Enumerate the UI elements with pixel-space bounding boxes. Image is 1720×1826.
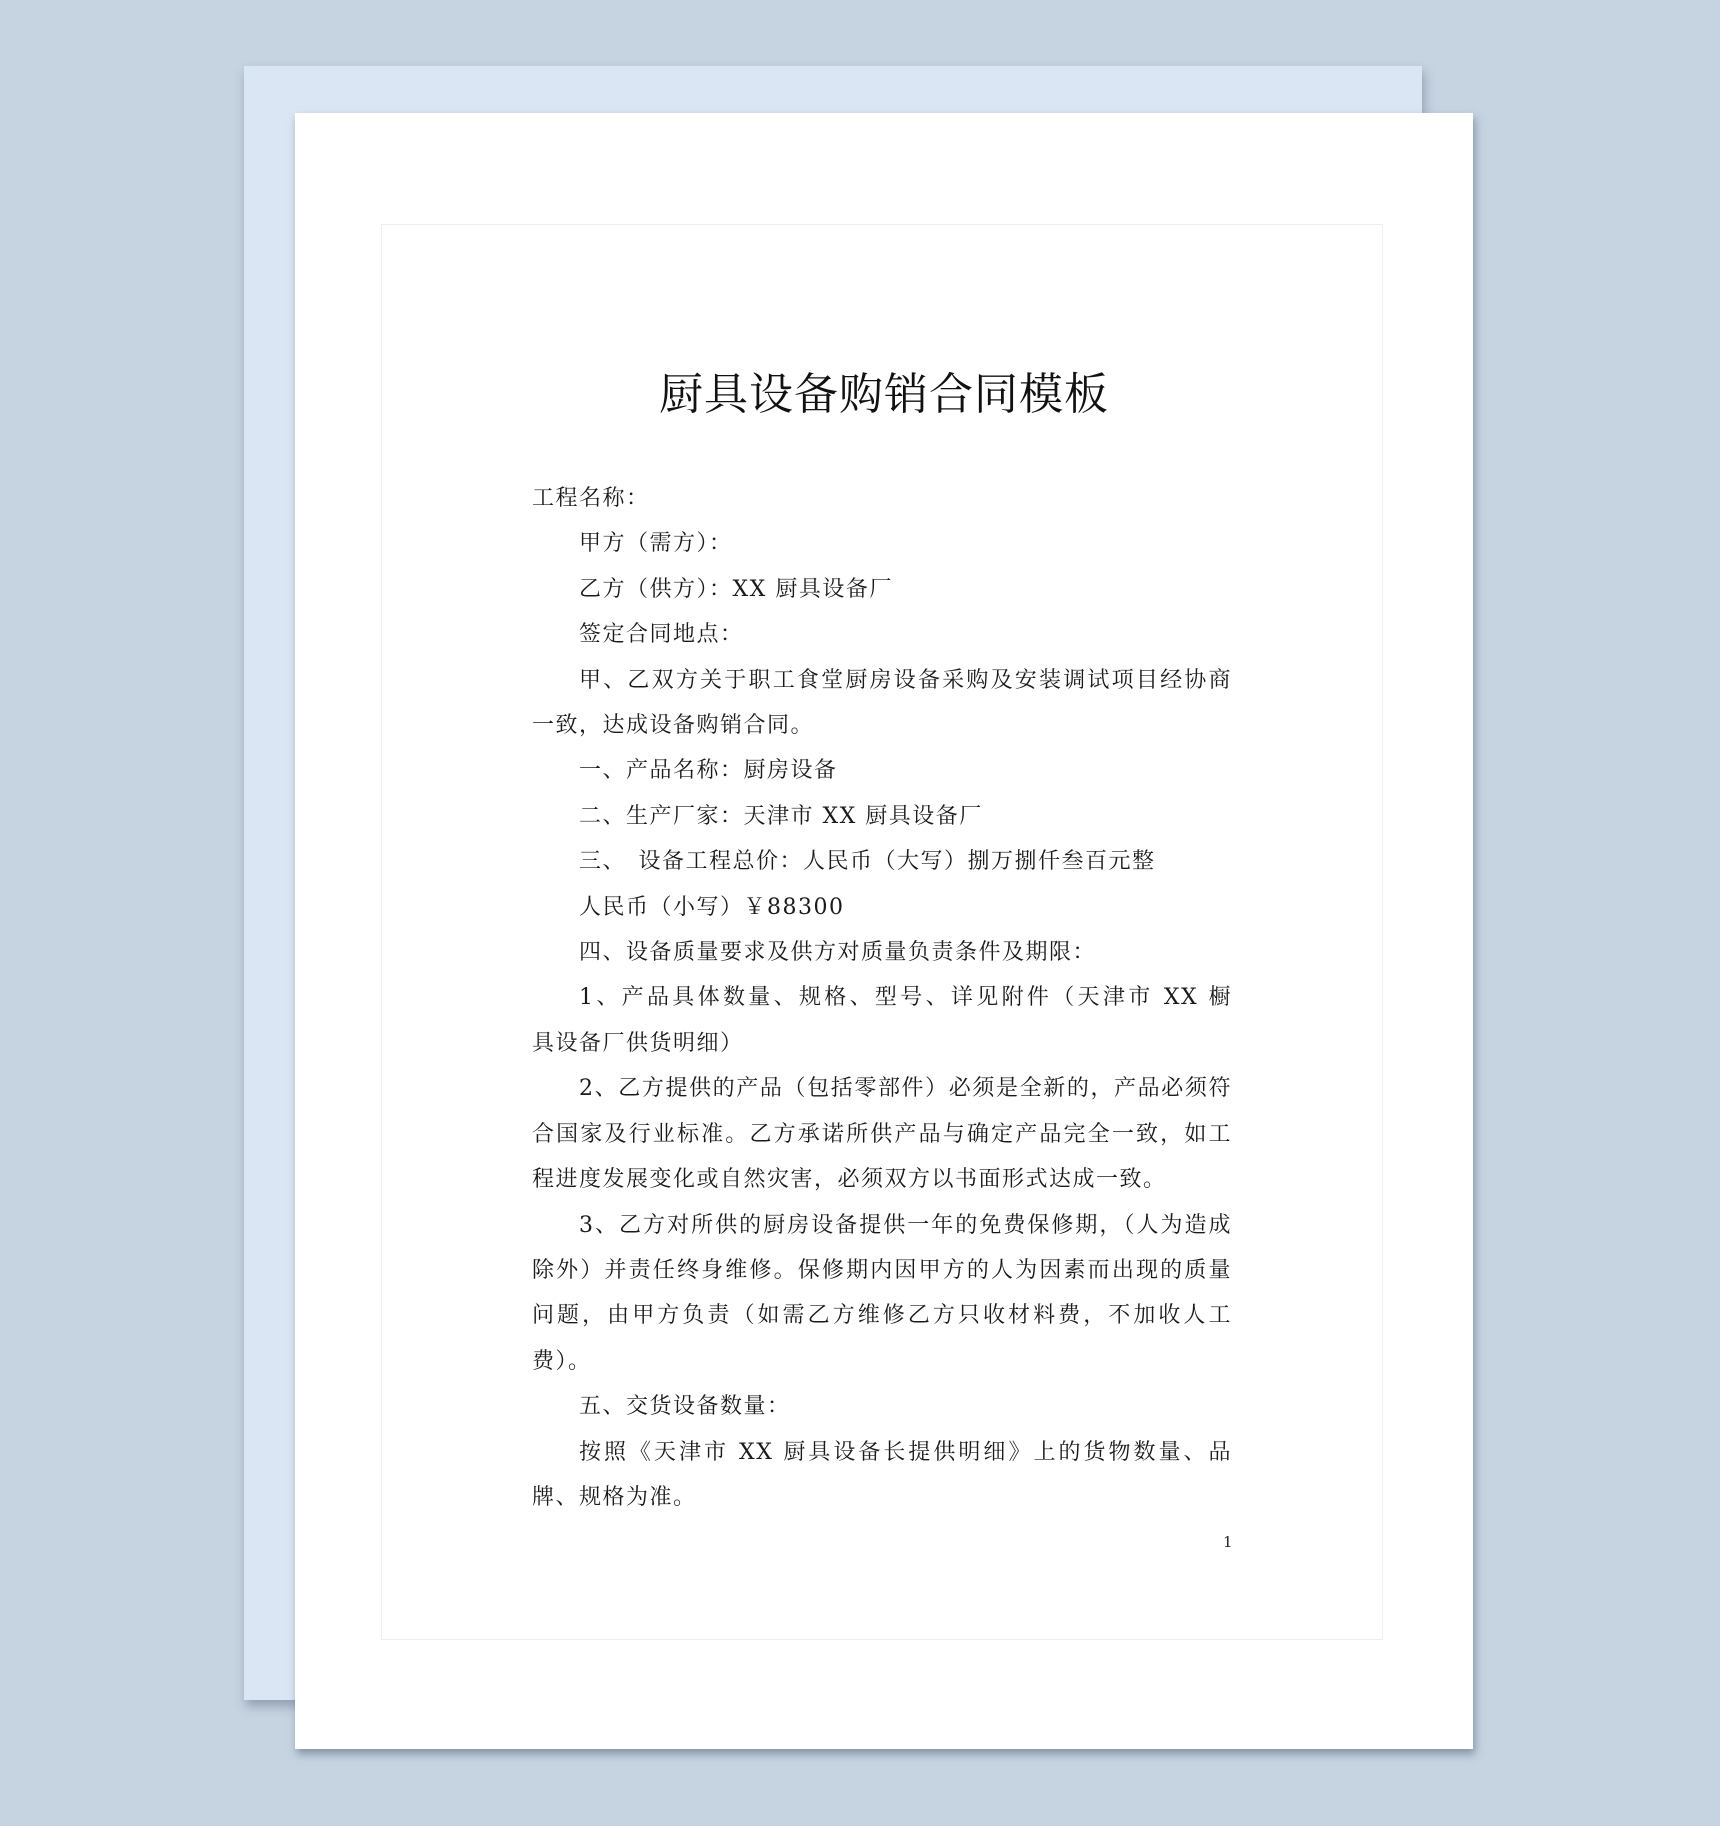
paragraph-project-name: 工程名称： — [532, 476, 1232, 521]
paragraph-agreement-intro: 甲、乙双方关于职工食堂厨房设备采购及安装调试项目经协商一致，达成设备购销合同。 — [532, 658, 1232, 749]
paragraph-total-price-uppercase: 三、 设备工程总价：人民币（大写）捌万捌仟叁百元整 — [532, 839, 1232, 884]
document-title: 厨具设备购销合同模板 — [295, 365, 1473, 425]
paragraph-quality-heading: 四、设备质量要求及供方对质量负责条件及期限： — [532, 930, 1232, 975]
paragraph-party-b: 乙方（供方）：XX 厨具设备厂 — [532, 567, 1232, 612]
paragraph-quality-item-3: 3、乙方对所供的厨房设备提供一年的免费保修期，（人为造成除外）并责任终身维修。保… — [532, 1203, 1232, 1385]
paragraph-manufacturer: 二、生产厂家：天津市 XX 厨具设备厂 — [532, 794, 1232, 839]
paragraph-total-price-numeric: 人民币（小写）￥88300 — [532, 885, 1232, 930]
paragraph-quality-item-2: 2、乙方提供的产品（包括零部件）必须是全新的，产品必须符合国家及行业标准。乙方承… — [532, 1066, 1232, 1202]
paragraph-delivery-terms: 按照《天津市 XX 厨具设备长提供明细》上的货物数量、品牌、规格为准。 — [532, 1430, 1232, 1521]
document-page: 厨具设备购销合同模板 工程名称： 甲方（需方）： 乙方（供方）：XX 厨具设备厂… — [295, 113, 1473, 1749]
page-number: 1 — [1223, 1533, 1233, 1551]
paragraph-party-a: 甲方（需方）： — [532, 521, 1232, 566]
paragraph-signing-location: 签定合同地点： — [532, 612, 1232, 657]
paragraph-product-name: 一、产品名称：厨房设备 — [532, 748, 1232, 793]
document-body: 工程名称： 甲方（需方）： 乙方（供方）：XX 厨具设备厂 签定合同地点： 甲、… — [532, 476, 1232, 1520]
paragraph-delivery-heading: 五、交货设备数量： — [532, 1384, 1232, 1429]
paragraph-quality-item-1: 1、产品具体数量、规格、型号、详见附件（天津市 XX 橱 具设备厂供货明细） — [532, 975, 1232, 1066]
